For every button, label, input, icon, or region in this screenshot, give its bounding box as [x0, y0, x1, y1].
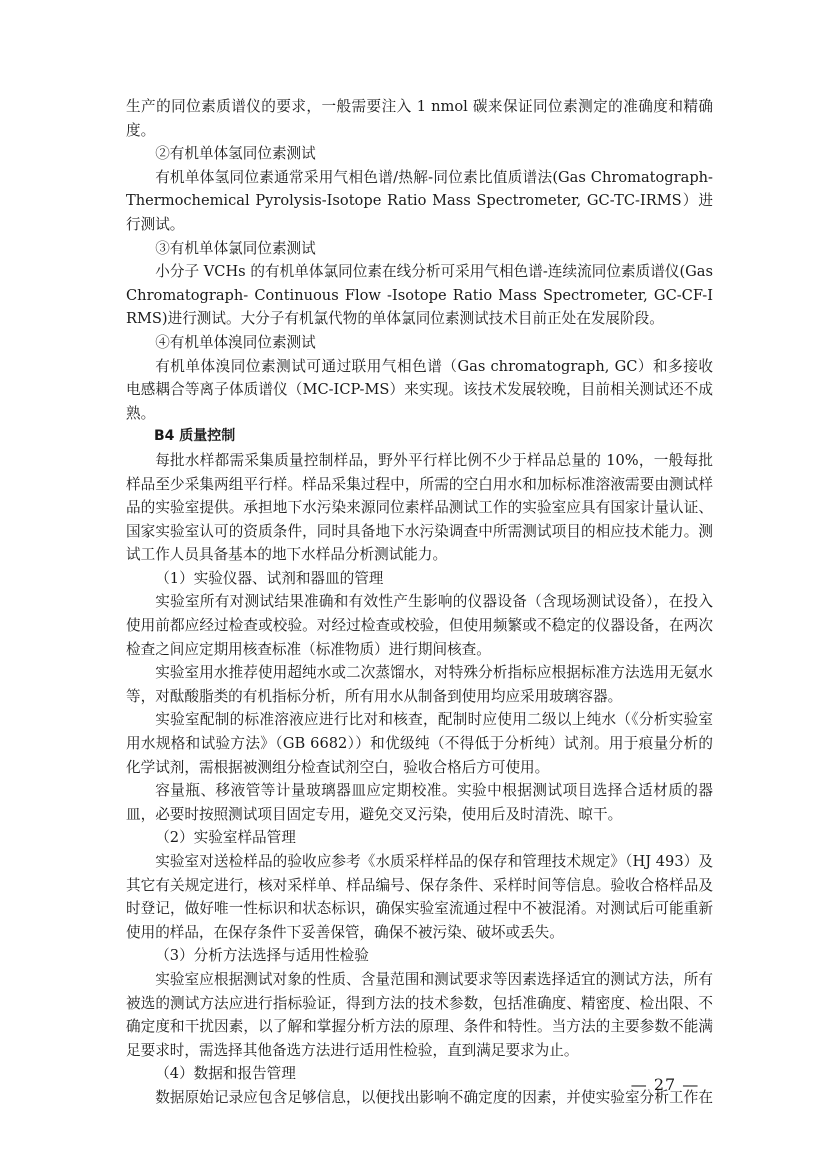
subheading-bromine-isotope: ④有机单体溴同位素测试 — [126, 331, 713, 355]
subheading-chlorine-isotope: ③有机单体氯同位素测试 — [126, 237, 713, 261]
page-number: — 27 — — [620, 1075, 710, 1094]
document-page: 生产的同位素质谱仪的要求，一般需要注入 1 nmol 碳来保证同位素测定的准确度… — [126, 95, 713, 1110]
section-heading-quality-control: B4 质量控制 — [126, 425, 713, 449]
paragraph-instruments: 实验室所有对测试结果准确和有效性产生影响的仪器设备（含现场测试设备），在投入使用… — [126, 590, 713, 661]
paragraph-quality-control: 每批水样都需采集质量控制样品，野外平行样比例不少于样品总量的 10%，一般每批样… — [126, 449, 713, 567]
paragraph-continuation: 生产的同位素质谱仪的要求，一般需要注入 1 nmol 碳来保证同位素测定的准确度… — [126, 95, 713, 142]
subheading-hydrogen-isotope: ②有机单体氢同位素测试 — [126, 142, 713, 166]
subheading-sample-management: （2）实验室样品管理 — [126, 826, 713, 850]
paragraph-standard-solutions: 实验室配制的标准溶液应进行比对和核查，配制时应使用二级以上纯水（《分析实验室用水… — [126, 708, 713, 779]
paragraph-bromine-isotope: 有机单体溴同位素测试可通过联用气相色谱（Gas chromatograph, G… — [126, 355, 713, 426]
subheading-method-selection: （3）分析方法选择与适用性检验 — [126, 944, 713, 968]
paragraph-sample-management: 实验室对送检样品的验收应参考《水质采样样品的保存和管理技术规定》（HJ 493）… — [126, 850, 713, 944]
paragraph-lab-water: 实验室用水推荐使用超纯水或二次蒸馏水，对特殊分析指标应根据标准方法选用无氨水等，… — [126, 661, 713, 708]
paragraph-glassware: 容量瓶、移液管等计量玻璃器皿应定期校准。实验中根据测试项目选择合适材质的器皿，必… — [126, 779, 713, 826]
paragraph-method-selection: 实验室应根据测试对象的性质、含量范围和测试要求等因素选择适宜的测试方法，所有被选… — [126, 968, 713, 1062]
paragraph-chlorine-isotope: 小分子 VCHs 的有机单体氯同位素在线分析可采用气相色谱-连续流同位素质谱仪(… — [126, 260, 713, 331]
paragraph-hydrogen-isotope: 有机单体氢同位素通常采用气相色谱/热解-同位素比值质谱法(Gas Chromat… — [126, 166, 713, 237]
subheading-instruments: （1）实验仪器、试剂和器皿的管理 — [126, 567, 713, 591]
